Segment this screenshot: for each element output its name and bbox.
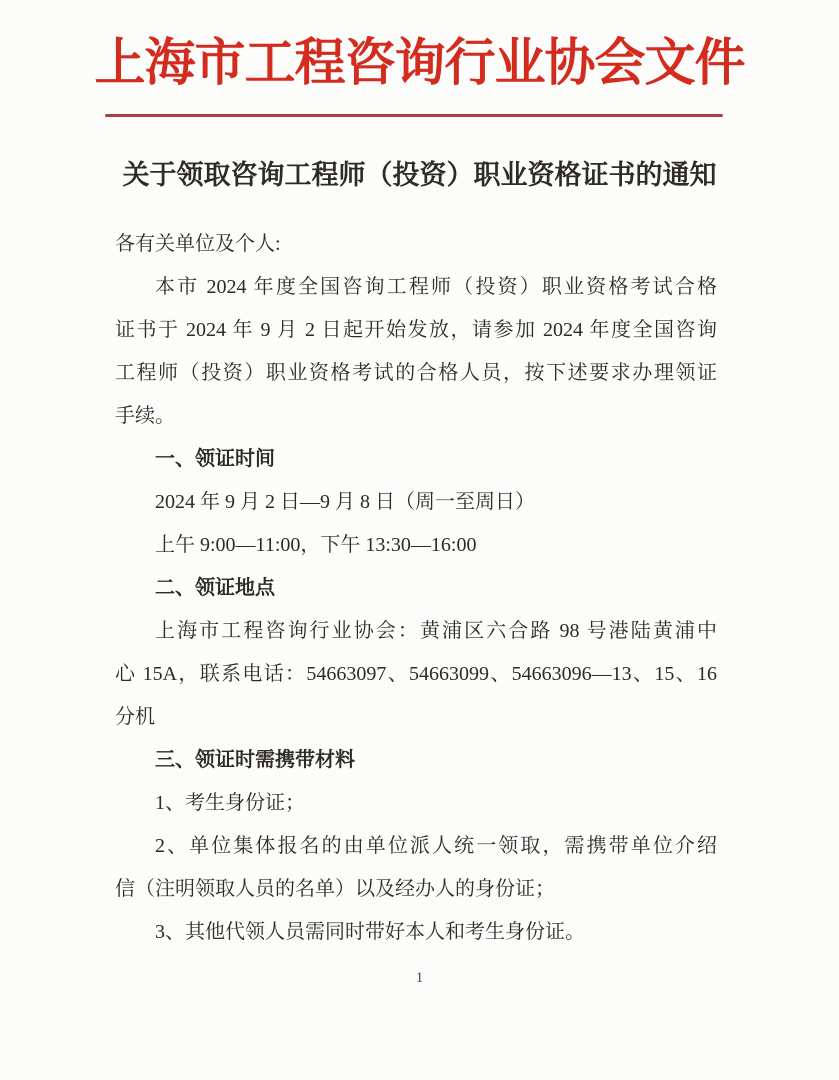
section-heading: 一、领证时间 [115, 438, 717, 481]
document-line: 工程师（投资）职业资格考试的合格人员，按下述要求办理领证 [115, 352, 717, 395]
page-number: 1 [0, 970, 839, 987]
document-line: 1、考生身份证； [115, 782, 717, 825]
letterhead-divider-rule [105, 114, 723, 117]
document-page: 上海市工程咨询行业协会文件 关于领取咨询工程师（投资）职业资格证书的通知 各有关… [0, 0, 839, 1080]
section-heading: 二、领证地点 [115, 567, 717, 610]
document-line: 上海市工程咨询行业协会：黄浦区六合路 98 号港陆黄浦中 [115, 610, 717, 653]
document-line: 分机 [115, 696, 717, 739]
letterhead-title: 上海市工程咨询行业协会文件 [0, 6, 839, 110]
document-line: 2、单位集体报名的由单位派人统一领取，需携带单位介绍 [115, 825, 717, 868]
document-line: 2024 年 9 月 2 日—9 月 8 日（周一至周日） [115, 481, 717, 524]
document-line: 证书于 2024 年 9 月 2 日起开始发放，请参加 2024 年度全国咨询 [115, 309, 717, 352]
document-line: 信（注明领取人员的名单）以及经办人的身份证； [115, 868, 717, 911]
section-heading: 三、领证时需携带材料 [115, 739, 717, 782]
document-line: 手续。 [115, 395, 717, 438]
document-line: 3、其他代领人员需同时带好本人和考生身份证。 [115, 911, 717, 954]
document-title: 关于领取咨询工程师（投资）职业资格证书的通知 [0, 146, 839, 198]
document-body: 各有关单位及个人:本市 2024 年度全国咨询工程师（投资）职业资格考试合格证书… [115, 223, 717, 954]
document-line: 各有关单位及个人: [115, 223, 717, 266]
document-line: 心 15A，联系电话：54663097、54663099、54663096—13… [115, 653, 717, 696]
document-line: 本市 2024 年度全国咨询工程师（投资）职业资格考试合格 [115, 266, 717, 309]
document-line: 上午 9:00—11:00，下午 13:30—16:00 [115, 524, 717, 567]
